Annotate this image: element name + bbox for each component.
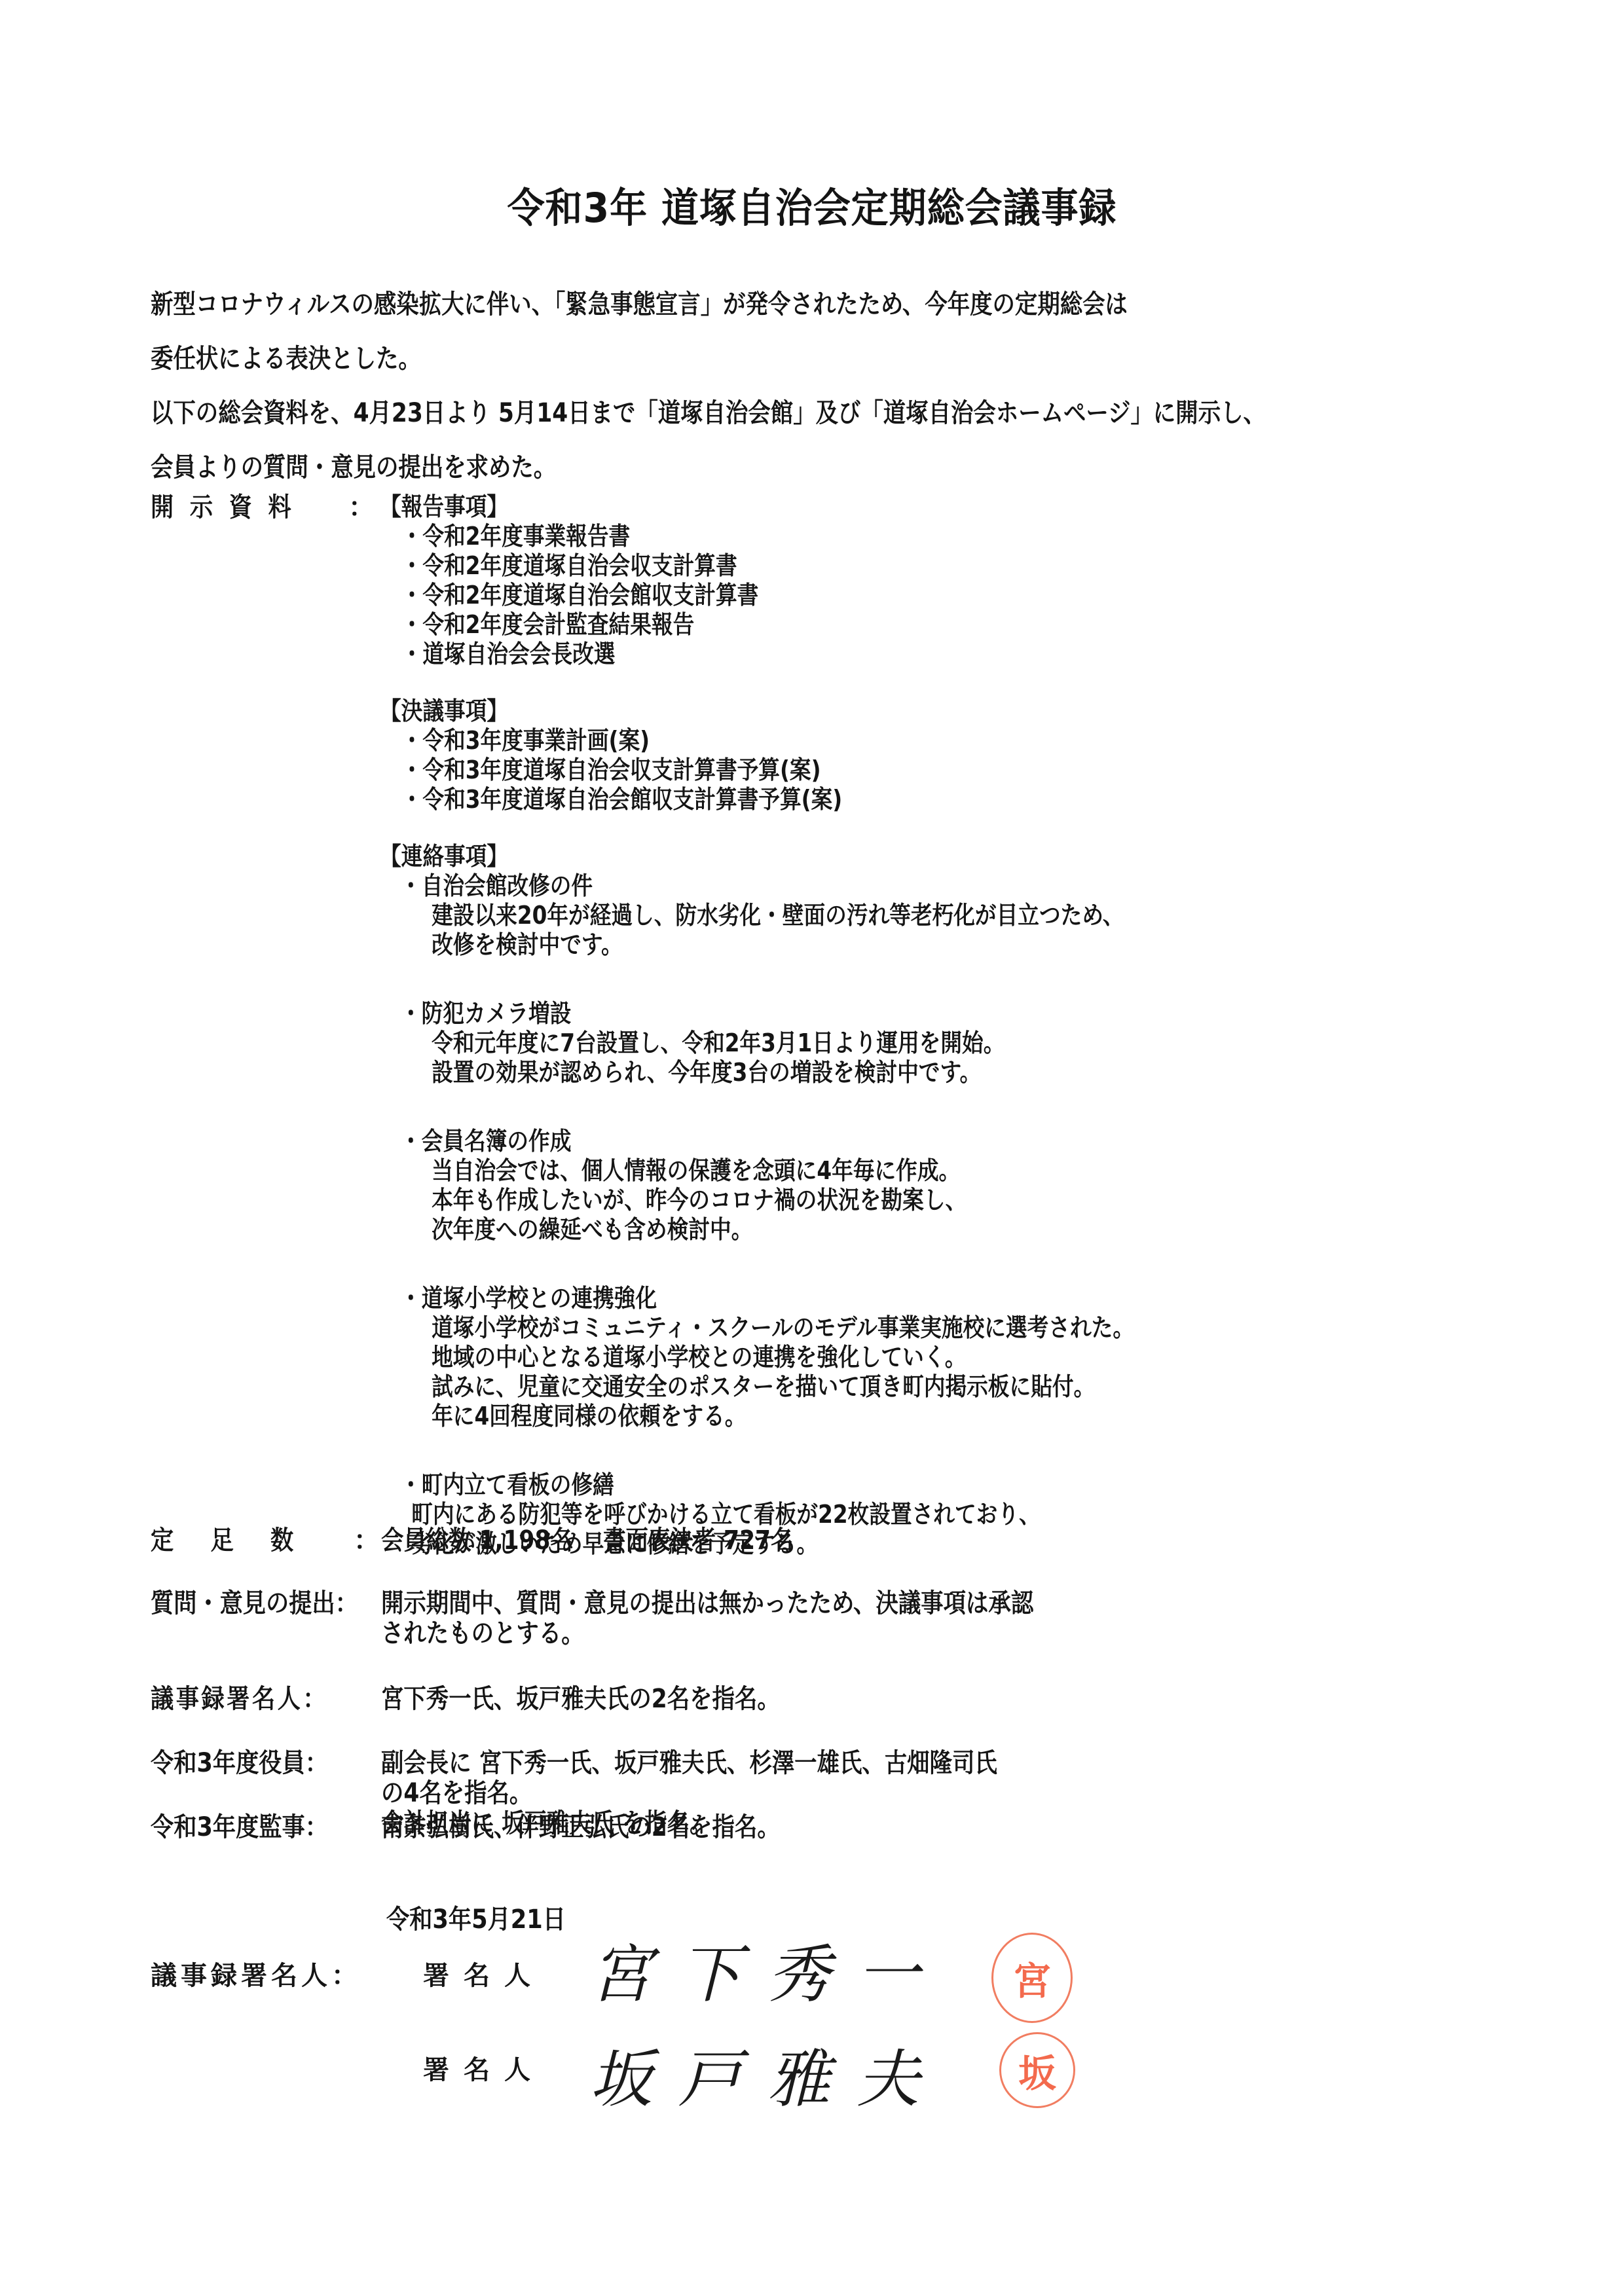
intro-line: 会員よりの質問・意見の提出を求めた。 [151,451,1305,484]
document-title: 令和3年 道塚自治会定期総会議事録 [65,175,1559,234]
quorum-colon: ： [354,1525,380,1556]
signer-role-label: 署名人 [423,1955,545,1992]
auditors-value: 南条弘樹氏、伴野正弘氏の2名を指名。 [381,1812,780,1842]
notice-line: 改修を検討中です。 [432,930,1134,960]
notice-line: 地域の中心となる道塚小学校との連携を強化していく。 [432,1343,1134,1372]
notice-title: ・会員名簿の作成 [400,1127,1134,1156]
officers-label: 令和3年度役員： [151,1748,346,1778]
notice-line: 次年度への繰延べも含め検討中。 [432,1215,1134,1245]
notice-line: 道塚小学校がコミュニティ・スクールのモデル事業実施校に選考された。 [432,1313,1134,1343]
minutes-signers-value: 宮下秀一氏、坂戸雅夫氏の2名を指名。 [381,1684,780,1714]
notice-line: 建設以来20年が経過し、防水劣化・壁面の汚れ等老朽化が目立つため、 [432,901,1134,930]
officers-line: 副会長に 宮下秀一氏、坂戸雅夫氏、杉澤一雄氏、古畑隆司氏 [381,1748,997,1778]
notice-title: ・自治会館改修の件 [400,871,1134,901]
signer-role-label: 署名人 [423,2049,545,2086]
resolution-item: ・令和3年度道塚自治会館収支計算書予算(案) [401,785,1134,814]
notice-line: 試みに、児童に交通安全のポスターを描いて頂き町内掲示板に貼付。 [432,1372,1134,1402]
notice-line: 本年も作成したいが、昨今のコロナ禍の状況を勘案し、 [432,1186,1134,1215]
minutes-document: 令和3年 道塚自治会定期総会議事録 新型コロナウィルスの感染拡大に伴い、「緊急事… [0,0,1624,2296]
handwritten-signature: 坂戸雅夫 [589,2030,946,2119]
section-heading-report: 【報告事項】 [380,492,1134,522]
questions-line: されたものとする。 [381,1618,1033,1649]
disclosure-colon: ： [348,492,375,522]
disclosure-sections: 【報告事項】 ・令和2年度事業報告書 ・令和2年度道塚自治会収支計算書 ・令和2… [380,492,1134,1559]
intro-line: 以下の総会資料を、4月23日より 5月14日まで「道塚自治会館」及び「道塚自治会… [151,397,1305,429]
notice-title: ・道塚小学校との連携強化 [400,1284,1134,1313]
handwritten-signature: 宮下秀一 [589,1925,946,2014]
signature-date: 令和3年5月21日 [386,1899,566,1936]
seal-stamp-icon: 坂 [999,2032,1075,2108]
report-item: ・令和2年度道塚自治会収支計算書 [401,551,1134,581]
questions-line: 開示期間中、質問・意見の提出は無かったため、決議事項は承認 [381,1588,1033,1618]
report-item: ・令和2年度事業報告書 [401,522,1134,551]
section-heading-notices: 【連絡事項】 [380,842,1134,871]
intro-paragraph: 新型コロナウィルスの感染拡大に伴い、「緊急事態宣言」が発令されたため、今年度の定… [151,288,1493,505]
questions-label: 質問・意見の提出： [151,1588,346,1618]
quorum-label: 定足数 [151,1525,346,1556]
report-item: ・令和2年度道塚自治会館収支計算書 [401,581,1134,610]
minutes-signers-label: 議事録署名人： [151,1684,346,1714]
intro-line: 委任状による表決とした。 [151,342,1305,375]
intro-line: 新型コロナウィルスの感染拡大に伴い、「緊急事態宣言」が発令されたため、今年度の定… [151,288,1305,321]
section-heading-resolution: 【決議事項】 [380,697,1134,726]
notice-line: 当自治会では、個人情報の保護を念頭に4年毎に作成。 [432,1156,1134,1186]
signature-section-label: 議事録署名人： [151,1955,361,1992]
notice-title: ・町内立て看板の修繕 [400,1470,1134,1500]
notice-line: 年に4回程度同様の依頼をする。 [432,1402,1134,1431]
notice-line: 設置の効果が認められ、今年度3台の増設を検討中です。 [432,1058,1134,1087]
officers-line: の4名を指名。 [381,1778,997,1808]
report-item: ・令和2年度会計監査結果報告 [401,610,1134,640]
report-item: ・道塚自治会会長改選 [401,640,1134,669]
seal-stamp-icon: 宮 [991,1933,1073,2023]
quorum-value: 会員総数 1,198名 書面表決者 727名 [381,1525,793,1556]
notice-line: 令和元年度に7台設置し、令和2年3月1日より運用を開始。 [432,1029,1134,1058]
disclosure-label: 開示資料 [151,492,346,522]
notice-title: ・防犯カメラ増設 [400,999,1134,1029]
auditors-label: 令和3年度監事： [151,1812,346,1842]
resolution-item: ・令和3年度道塚自治会収支計算書予算(案) [401,756,1134,785]
questions-value: 開示期間中、質問・意見の提出は無かったため、決議事項は承認 されたものとする。 [381,1588,1033,1649]
resolution-item: ・令和3年度事業計画(案) [401,726,1134,756]
